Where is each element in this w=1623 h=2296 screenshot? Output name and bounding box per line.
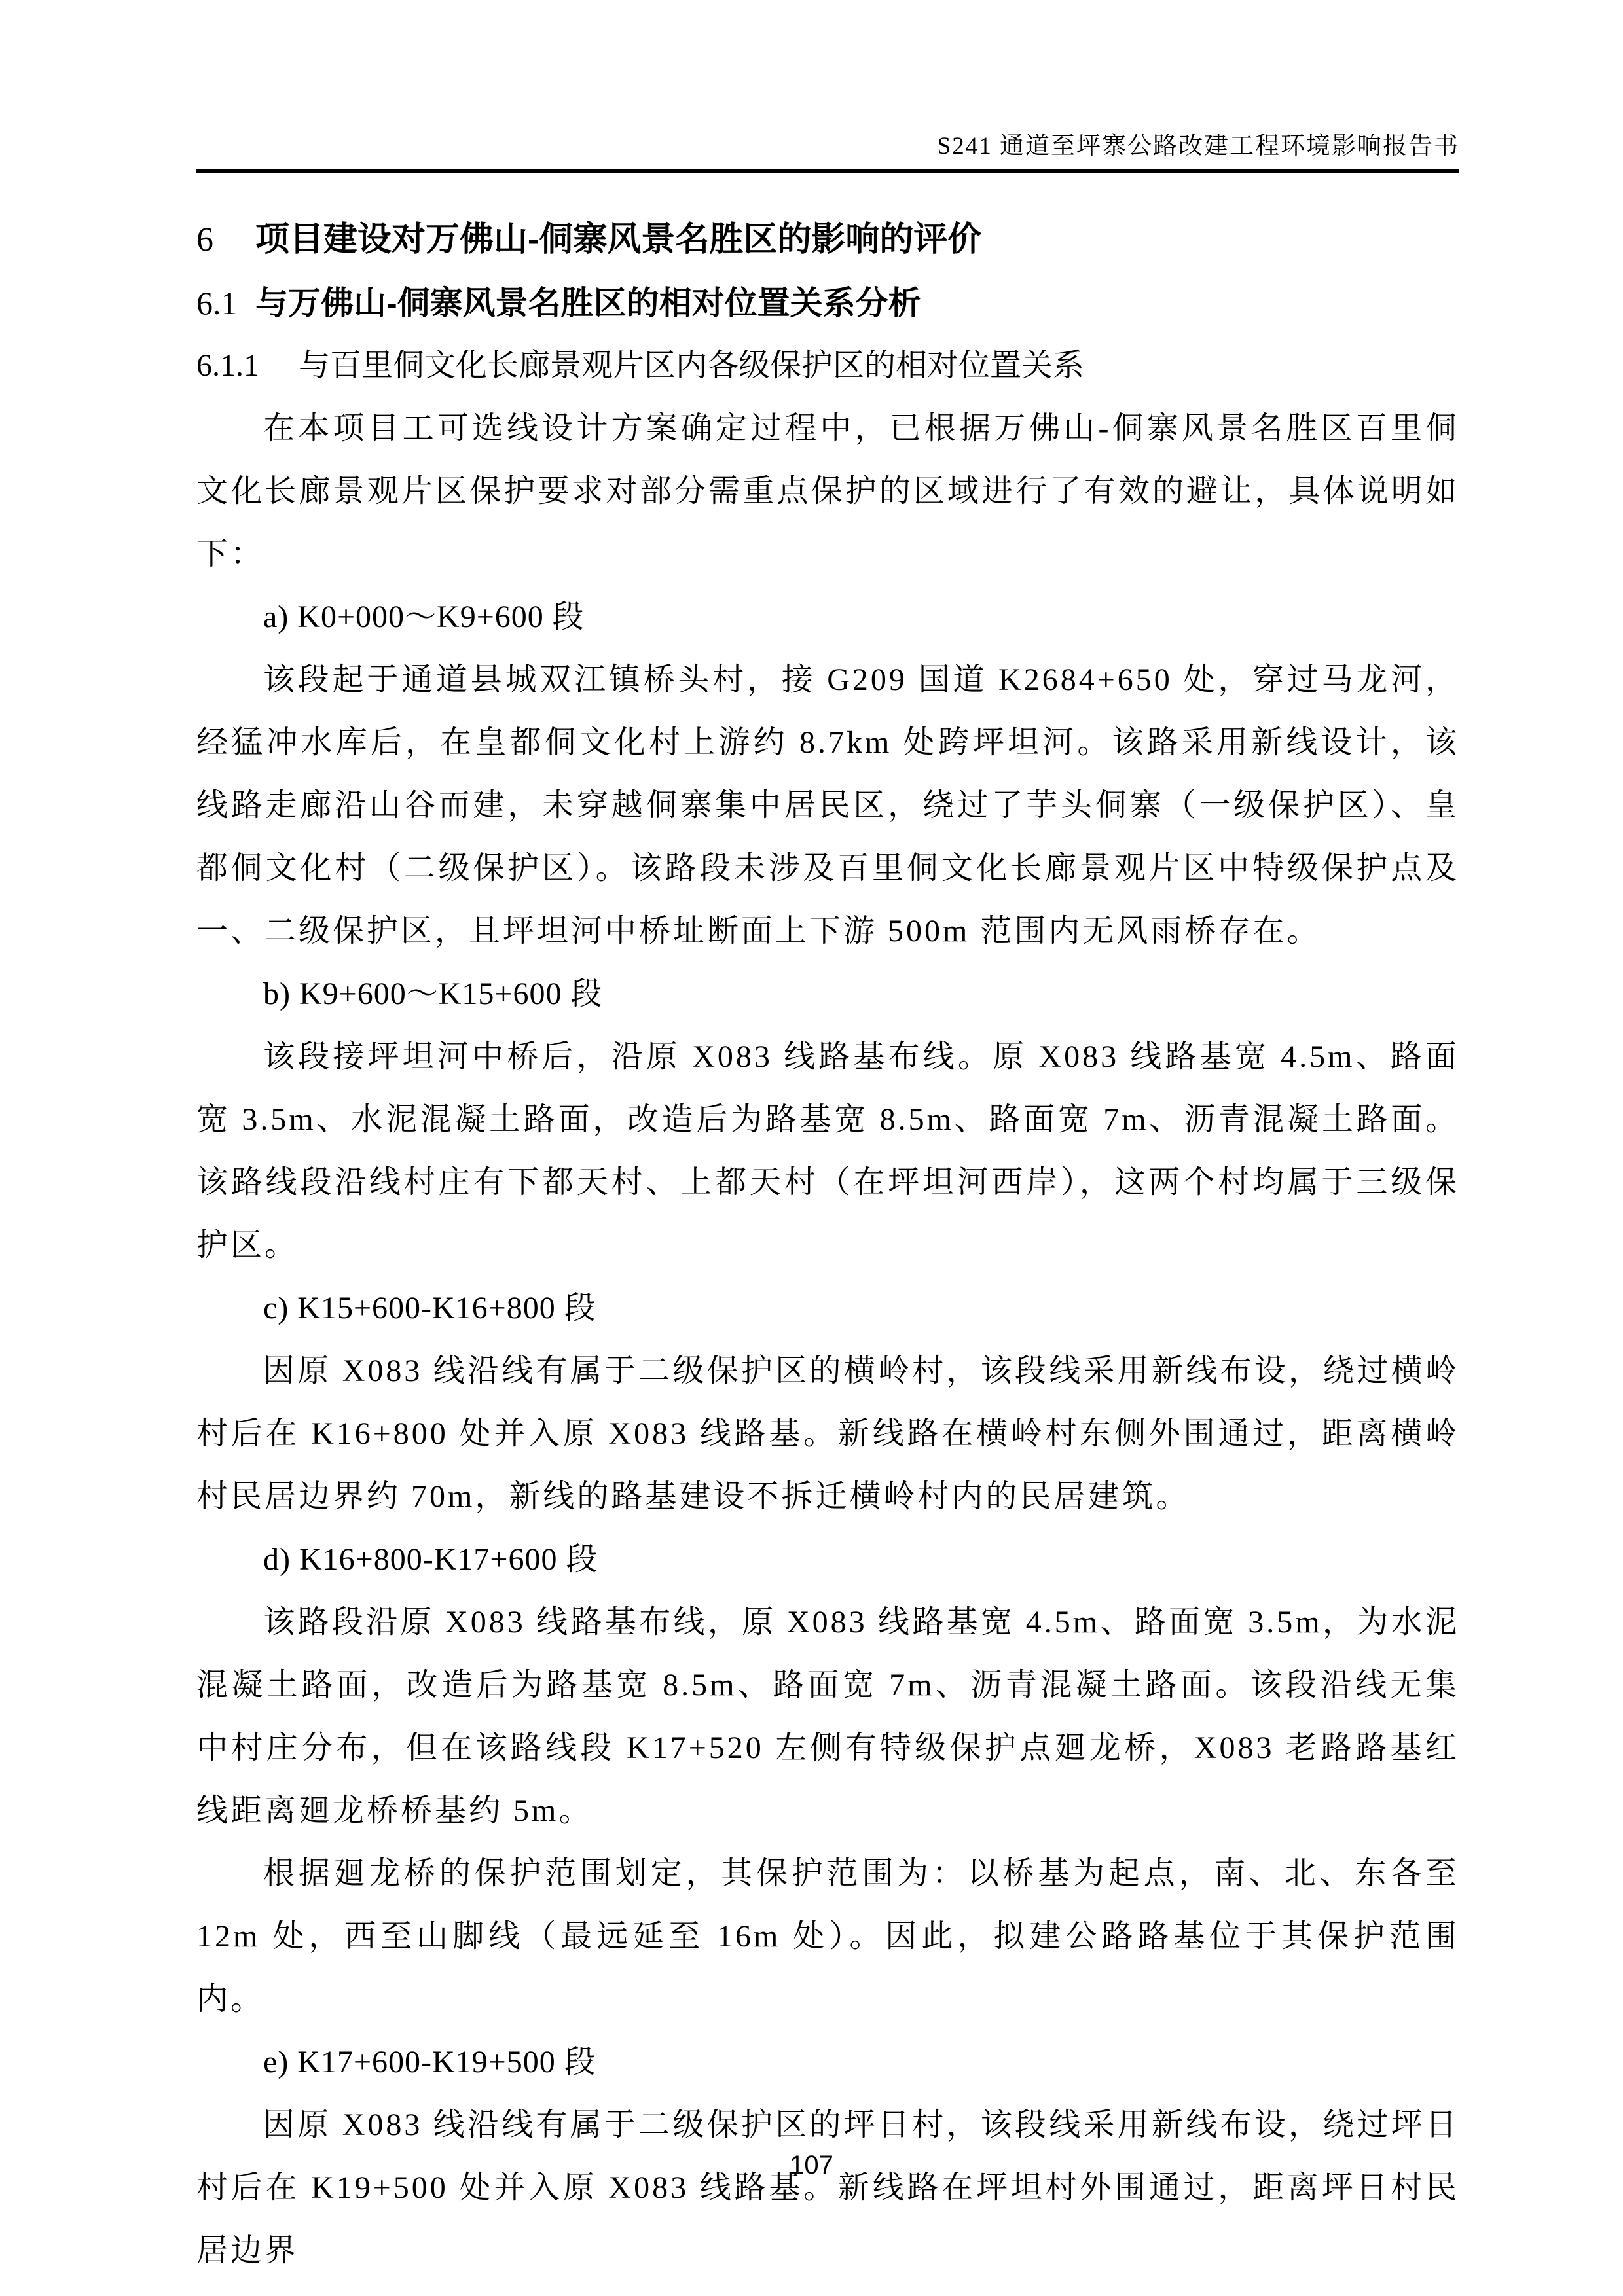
segment-item-b: b) K9+600～K15+600 段 [196, 963, 1459, 1026]
segment-item-d: d) K16+800-K17+600 段 [196, 1528, 1459, 1591]
page-number: 107 [790, 2151, 833, 2179]
section-title: 与百里侗文化长廊景观片区内各级保护区的相对位置关系 [299, 348, 1084, 383]
segment-item-c: c) K15+600-K16+800 段 [196, 1277, 1459, 1340]
header-rule [196, 169, 1459, 173]
page-body: 6项目建设对万佛山-侗寨风景名胜区的影响的评价 6.1与万佛山-侗寨风景名胜区的… [196, 208, 1459, 2282]
document-page: S241 通道至坪寨公路改建工程环境影响报告书 6项目建设对万佛山-侗寨风景名胜… [0, 0, 1623, 2296]
paragraph-bridge-protection: 根据廻龙桥的保护范围划定，其保护范围为：以桥基为起点，南、北、东各至 12m 处… [196, 1842, 1459, 2031]
segment-item-a: a) K0+000～K9+600 段 [196, 586, 1459, 649]
paragraph-intro: 在本项目工可选线设计方案确定过程中，已根据万佛山-侗寨风景名胜区百里侗文化长廊景… [196, 397, 1459, 586]
section-title: 与万佛山-侗寨风景名胜区的相对位置关系分析 [255, 285, 921, 321]
section-number: 6.1 [196, 272, 255, 334]
segment-item-e: e) K17+600-K19+500 段 [196, 2031, 1459, 2094]
paragraph-segment-e: 因原 X083 线沿线有属于二级保护区的坪日村，该段线采用新线布设，绕过坪日村后… [196, 2094, 1459, 2282]
section-title: 项目建设对万佛山-侗寨风景名胜区的影响的评价 [255, 221, 981, 259]
section-heading-6-1: 6.1与万佛山-侗寨风景名胜区的相对位置关系分析 [196, 272, 1459, 334]
paragraph-segment-c: 因原 X083 线沿线有属于二级保护区的横岭村，该段线采用新线布设，绕过横岭村后… [196, 1340, 1459, 1528]
paragraph-segment-b: 该段接坪坦河中桥后，沿原 X083 线路基布线。原 X083 线路基宽 4.5m… [196, 1026, 1459, 1277]
section-number: 6 [196, 209, 255, 272]
section-heading-6: 6项目建设对万佛山-侗寨风景名胜区的影响的评价 [196, 208, 1459, 272]
paragraph-segment-d: 该路段沿原 X083 线路基布线，原 X083 线路基宽 4.5m、路面宽 3.… [196, 1591, 1459, 1842]
paragraph-segment-a: 该段起于通道县城双江镇桥头村，接 G209 国道 K2684+650 处，穿过马… [196, 649, 1459, 963]
report-title: S241 通道至坪寨公路改建工程环境影响报告书 [938, 133, 1459, 160]
section-heading-6-1-1: 6.1.1与百里侗文化长廊景观片区内各级保护区的相对位置关系 [196, 334, 1459, 397]
page-footer: 107 [0, 2149, 1623, 2181]
running-header: S241 通道至坪寨公路改建工程环境影响报告书 [196, 132, 1459, 161]
section-number: 6.1.1 [196, 334, 299, 397]
